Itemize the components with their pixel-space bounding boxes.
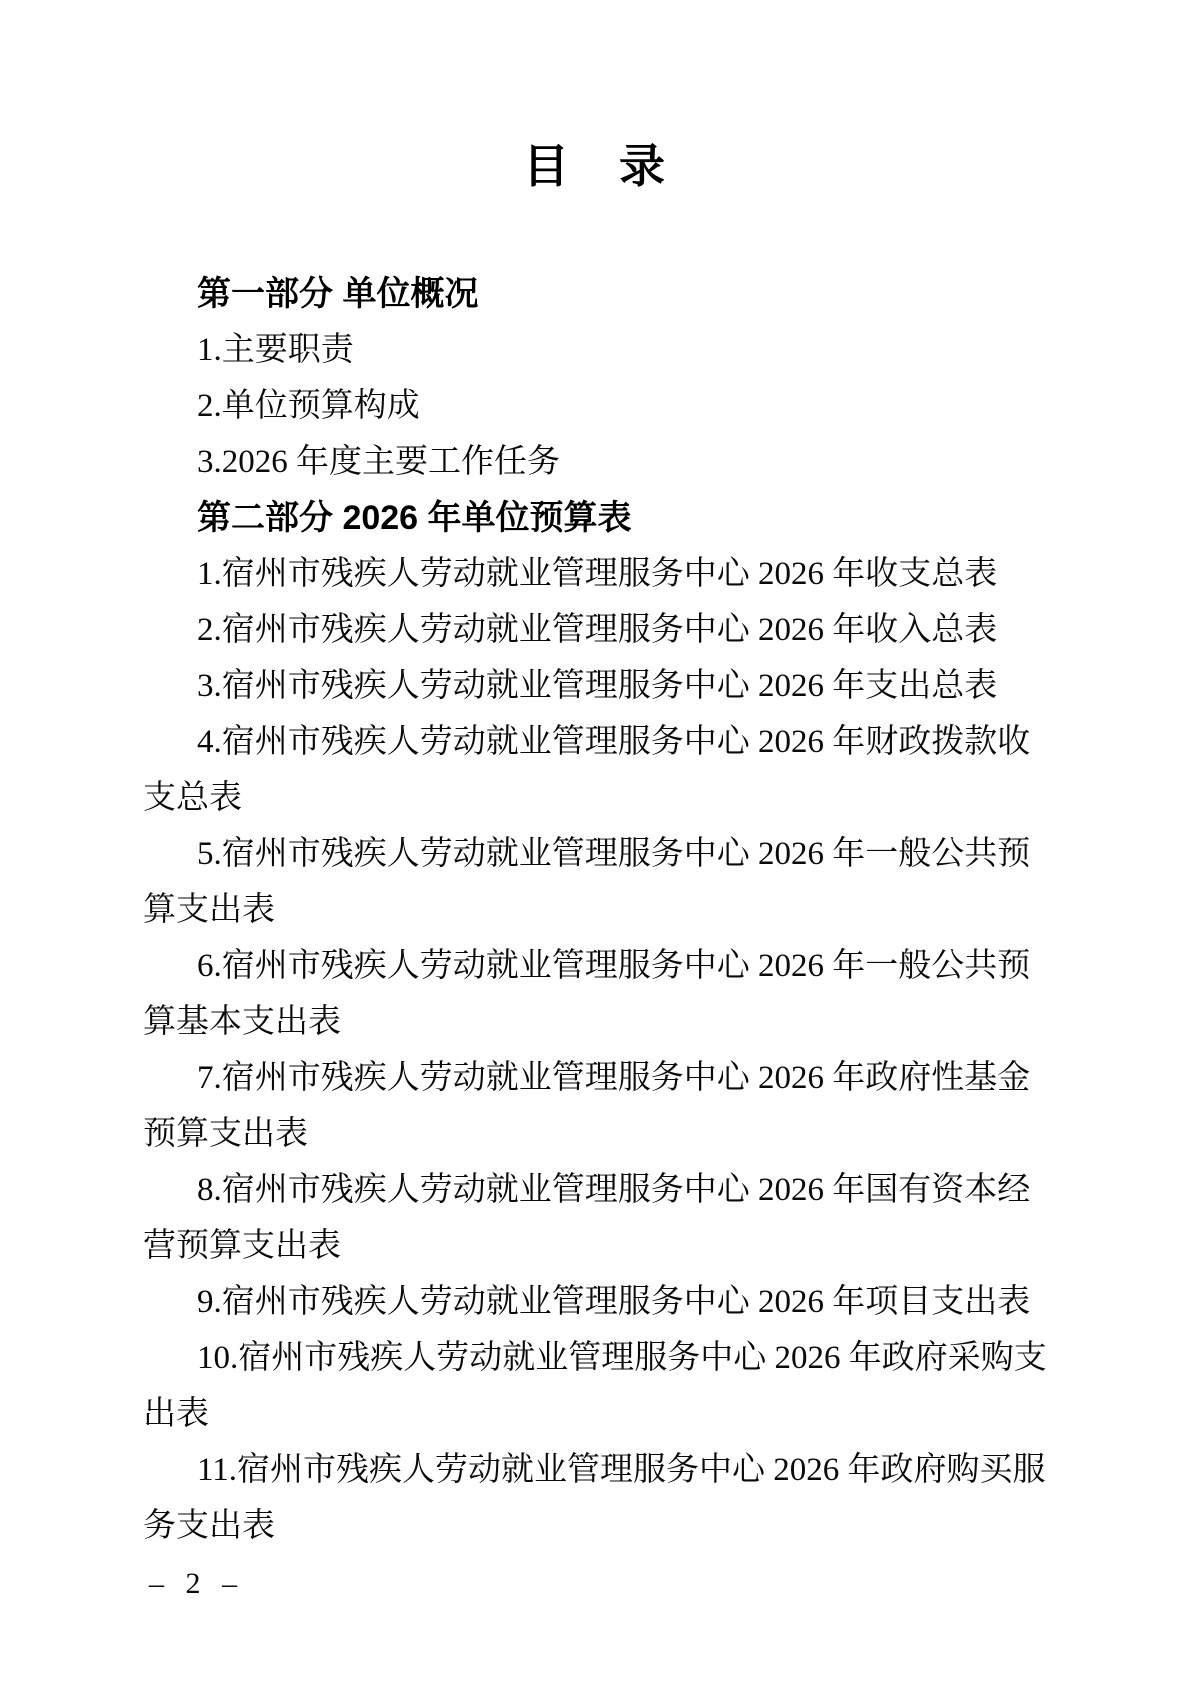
- toc-item-line: 1.宿州市残疾人劳动就业管理服务中心 2026 年收支总表: [143, 546, 1048, 602]
- toc-item-line-continuation: 务支出表: [143, 1498, 1048, 1554]
- toc-item-line-continuation: 营预算支出表: [143, 1218, 1048, 1274]
- toc-item-line: 5.宿州市残疾人劳动就业管理服务中心 2026 年一般公共预: [143, 826, 1048, 882]
- toc-item-line: 10.宿州市残疾人劳动就业管理服务中心 2026 年政府采购支: [143, 1330, 1048, 1386]
- toc-section-heading-part2: 第二部分 2026 年单位预算表: [143, 490, 1048, 546]
- page-number: – 2 –: [149, 1562, 244, 1606]
- toc-item-line: 2.宿州市残疾人劳动就业管理服务中心 2026 年收入总表: [143, 602, 1048, 658]
- toc-item-line: 6.宿州市残疾人劳动就业管理服务中心 2026 年一般公共预: [143, 938, 1048, 994]
- toc-item-line-continuation: 预算支出表: [143, 1106, 1048, 1162]
- toc-item-line-continuation: 算基本支出表: [143, 994, 1048, 1050]
- toc-item-line: 8.宿州市残疾人劳动就业管理服务中心 2026 年国有资本经: [143, 1162, 1048, 1218]
- toc-item-line: 7.宿州市残疾人劳动就业管理服务中心 2026 年政府性基金: [143, 1050, 1048, 1106]
- toc-item-line-continuation: 算支出表: [143, 882, 1048, 938]
- toc-item-line: 2.单位预算构成: [143, 378, 1048, 434]
- toc-item-line: 4.宿州市残疾人劳动就业管理服务中心 2026 年财政拨款收: [143, 714, 1048, 770]
- toc-item-line: 3.宿州市残疾人劳动就业管理服务中心 2026 年支出总表: [143, 658, 1048, 714]
- toc-item-line: 3.2026 年度主要工作任务: [143, 434, 1048, 490]
- page-title: 目 录: [0, 134, 1190, 198]
- toc-item-line: 9.宿州市残疾人劳动就业管理服务中心 2026 年项目支出表: [143, 1274, 1048, 1330]
- toc-item-line-continuation: 支总表: [143, 770, 1048, 826]
- table-of-contents: 第一部分 单位概况 1.主要职责 2.单位预算构成 3.2026 年度主要工作任…: [143, 266, 1048, 1554]
- toc-section-heading-part1: 第一部分 单位概况: [143, 266, 1048, 322]
- toc-item-line: 1.主要职责: [143, 322, 1048, 378]
- toc-item-line-continuation: 出表: [143, 1386, 1048, 1442]
- document-page: 目 录 第一部分 单位概况 1.主要职责 2.单位预算构成 3.2026 年度主…: [0, 0, 1190, 1683]
- toc-item-line: 11.宿州市残疾人劳动就业管理服务中心 2026 年政府购买服: [143, 1442, 1048, 1498]
